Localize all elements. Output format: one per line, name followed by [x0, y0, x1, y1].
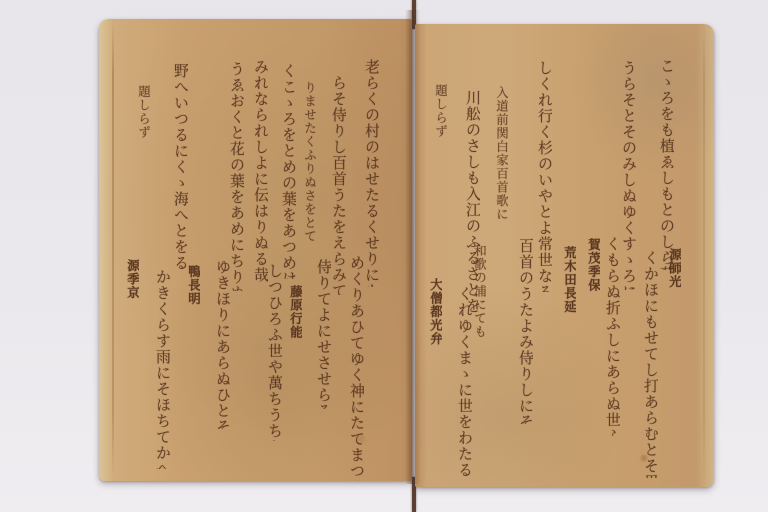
heading-column: 入道前関白家百首歌に [495, 86, 508, 292]
poem-column: くかほにもせてし打あらむとそ思ふ [643, 250, 658, 478]
poem-column: くれゆくまゝに世をわたるらん [457, 286, 472, 478]
poet-name-column: 源師光 [668, 248, 681, 314]
poem-column: しくれ行く杉のいやとよ常世なる [537, 60, 552, 292]
poem-column: めくりあひてゆく神にたてまつる [349, 255, 364, 481]
poem-column: 侍りてよにせさせらるゝ [316, 259, 331, 409]
poem-column: うらそとそのみしぬゆくすゝろに [621, 60, 636, 290]
heading-column: 題しらず [434, 84, 447, 176]
poem-column: 老らくの村のはせたるくせりにも [364, 59, 379, 287]
poem-column: かきくらす雨にそほちてかへりなん [155, 269, 170, 469]
poet-name-column: 藤原行能 [289, 285, 302, 375]
poem-column: こゝろをも植ゑしもとのしら菊の [659, 58, 674, 270]
poem-column: しつひろふ世や萬ちうちかへす [267, 263, 282, 441]
poet-name-column: 荒木田長延 [563, 246, 576, 358]
right-page-fold-crease [703, 24, 705, 487]
heading-column: 題しらず [137, 85, 150, 175]
poem-column: うゑおくと花の葉をあめにちりぬ [229, 61, 244, 291]
right-page: こゝろをも植ゑしもとのしら菊の源師光くかほにもせてし打あらむとそ思ふうらそとその… [415, 24, 714, 487]
poem-column: らそ侍りし百首うたをえらみて [331, 75, 346, 295]
poet-name-column: 大僧都光弁 [429, 278, 442, 394]
poem-column: 百首のうたよみ侍りしにそへて [518, 238, 533, 424]
poem-column: みれなられしよに伝はりぬる哉 [253, 59, 268, 287]
left-page-fold-crease [112, 19, 114, 481]
poem-column: くこゝろをとめの葉をあつめける [281, 63, 296, 279]
poem-column: くもらぬ折ふしにあらぬ世ふるも [605, 236, 620, 436]
poem-column: 野へいつるにくゝ海へとをるへく [173, 63, 188, 271]
left-page: 老らくの村のはせたるくせりにもめくりあひてゆく神にたてまつるらそ侍りし百首うたを… [99, 19, 412, 481]
poet-name-column: 鴨長明 [187, 265, 200, 333]
poet-name-column: 源季京 [126, 259, 139, 341]
poem-column: ゆきほりにあらぬひとそふる [215, 259, 230, 429]
heading-column: りませたくふりぬさをとて [303, 81, 316, 249]
poet-name-column: 賀茂季保 [587, 238, 600, 330]
poem-column: 川舩のさしも入江のふるさとを [465, 90, 480, 314]
manuscript-photo: 老らくの村のはせたるくせりにもめくりあひてゆく神にたてまつるらそ侍りし百首うたを… [0, 0, 768, 512]
